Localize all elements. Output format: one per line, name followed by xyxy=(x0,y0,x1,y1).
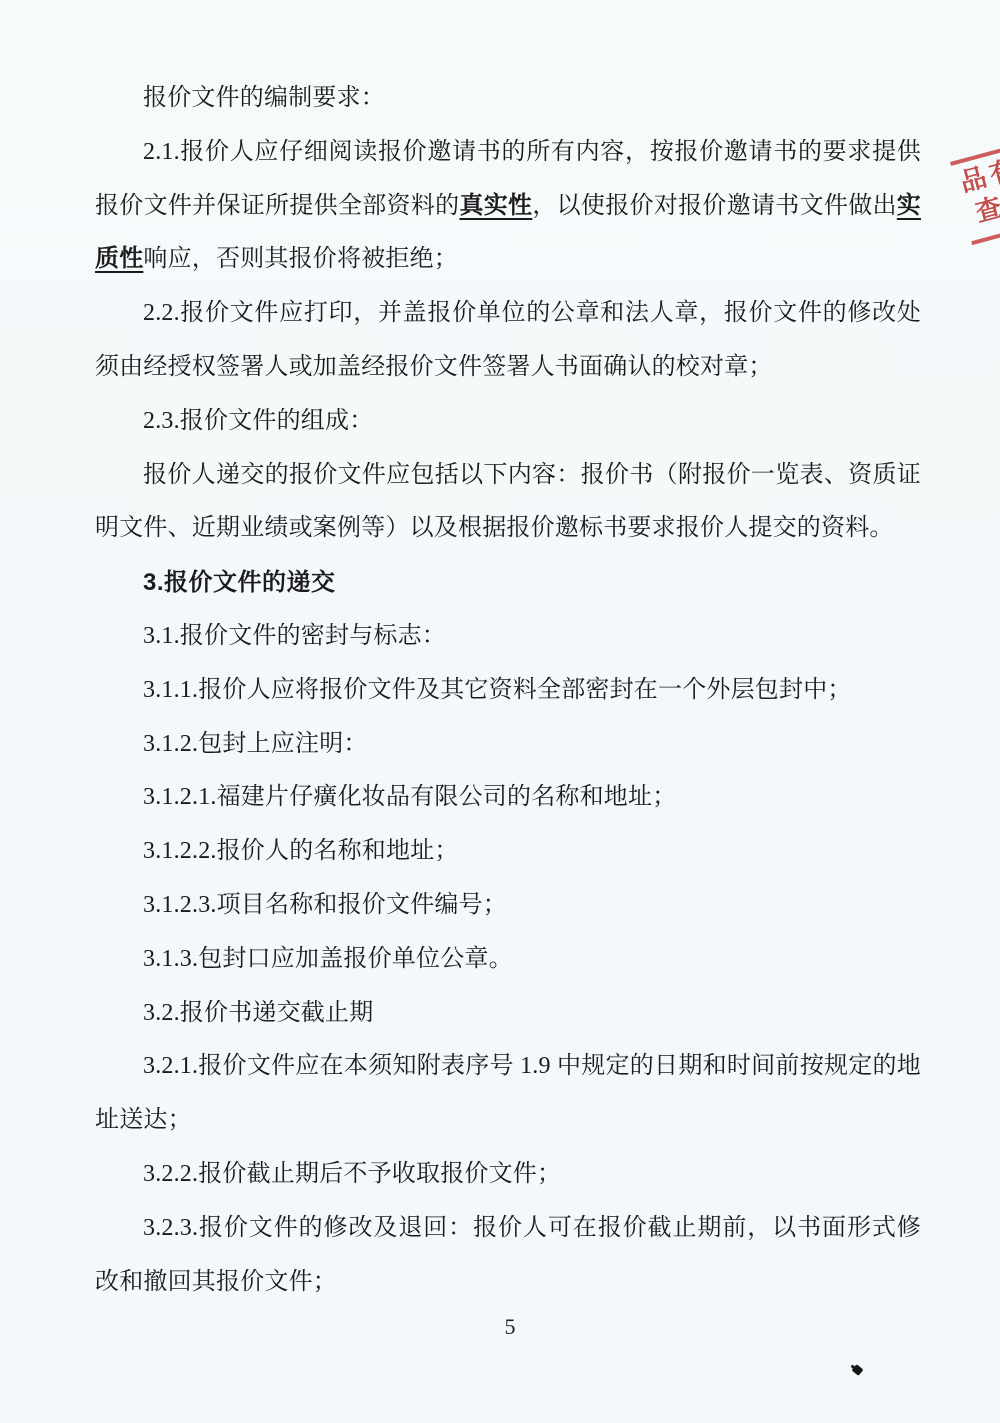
para-2-3: 2.3.报价文件的组成： xyxy=(95,395,921,449)
para-2-1: 2.1.报价人应仔细阅读报价邀请书的所有内容，按报价邀请书的要求提供报价文件并保… xyxy=(95,126,921,287)
section-heading-3: 3.报价文件的递交 xyxy=(95,556,921,610)
text-run: 响应，否则其报价将被拒绝； xyxy=(143,246,458,272)
para-3-1-2-2: 3.1.2.2.报价人的名称和地址； xyxy=(95,825,921,879)
para-3-2: 3.2.报价书递交截止期 xyxy=(95,987,921,1041)
para-3-2-2: 3.2.2.报价截止期后不予收取报价文件； xyxy=(95,1148,921,1202)
para-3-1-2: 3.1.2.包封上应注明： xyxy=(95,718,921,772)
text-run: ，以使报价对报价邀请书文件做出 xyxy=(532,193,896,219)
para-3-1-3: 3.1.3.包封口应加盖报价单位公章。 xyxy=(95,933,921,987)
red-stamp-partial: 品有 查 xyxy=(950,122,1000,245)
stamp-text-row1: 品有 xyxy=(957,129,1000,200)
para-2-3-body: 报价人递交的报价文件应包括以下内容：报价书（附报价一览表、资质证明文件、近期业绩… xyxy=(95,449,921,557)
emphasized-text-authenticity: 真实性 xyxy=(459,193,532,219)
para-2-2: 2.2.报价文件应打印，并盖报价单位的公章和法人章，报价文件的修改处须由经授权签… xyxy=(95,287,921,395)
para-3-1-2-3: 3.1.2.3.项目名称和报价文件编号； xyxy=(95,879,921,933)
para-3-2-1: 3.2.1.报价文件应在本须知附表序号 1.9 中规定的日期和时间前按规定的地址… xyxy=(95,1040,921,1148)
document-page: 品有 查 报价文件的编制要求： 2.1.报价人应仔细阅读报价邀请书的所有内容，按… xyxy=(0,0,1000,1423)
para-3-1-1: 3.1.1.报价人应将报价文件及其它资料全部密封在一个外层包封中； xyxy=(95,664,921,718)
para-requirements-title: 报价文件的编制要求： xyxy=(95,72,921,126)
para-3-1: 3.1.报价文件的密封与标志： xyxy=(95,610,921,664)
ink-speck xyxy=(851,1364,863,1376)
para-3-1-2-1: 3.1.2.1.福建片仔癀化妆品有限公司的名称和地址； xyxy=(95,771,921,825)
document-body: 报价文件的编制要求： 2.1.报价人应仔细阅读报价邀请书的所有内容，按报价邀请书… xyxy=(95,72,921,1309)
para-3-2-3: 3.2.3.报价文件的修改及退回：报价人可在报价截止期前，以书面形式修改和撤回其… xyxy=(95,1202,921,1310)
page-number: 5 xyxy=(20,1314,1000,1340)
